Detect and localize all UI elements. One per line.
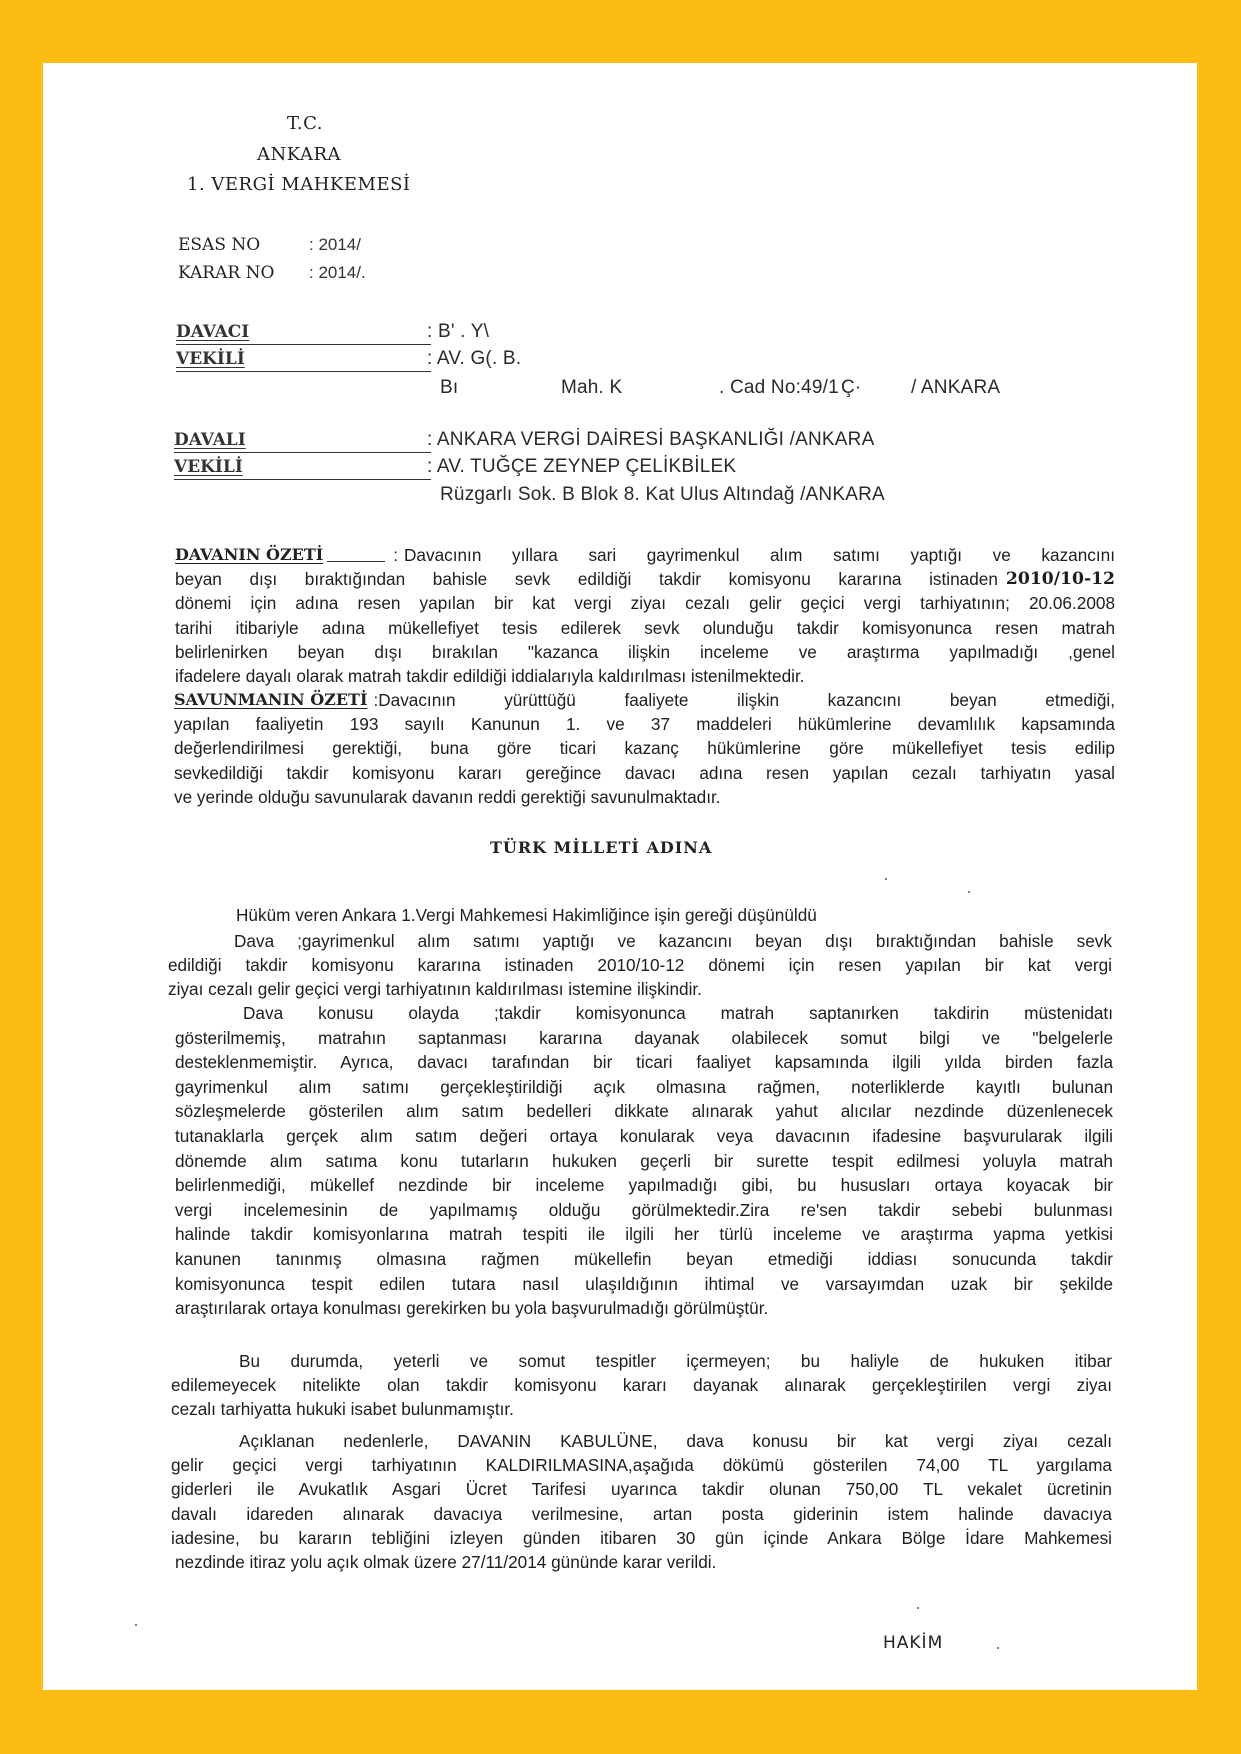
case-summary-line-4: tarihi itibariyle adına mükellefiyet tes… <box>175 616 1115 640</box>
judgment-p2-line-7: dönemde alım satıma konu tutarların huku… <box>175 1149 1113 1174</box>
defendant-name: : ANKARA VERGİ DAİRESİ BAŞKANLIĞI /ANKAR… <box>427 429 874 451</box>
judgment-p2-line-8: belirlenmediği, mükellef nezdinde bir in… <box>175 1173 1113 1198</box>
plaintiff-attorney-rule <box>176 371 431 372</box>
defense-summary-line-1: Davacının yürüttüğü faaliyete ilişkin ka… <box>378 688 1115 712</box>
defense-summary-label: SAVUNMANIN ÖZETİ <box>174 688 367 712</box>
plaintiff-label: DAVACI <box>176 322 249 342</box>
defendant-label: DAVALI <box>174 430 246 450</box>
case-summary-period: 2010/10-12 <box>1006 567 1115 591</box>
judgment-p4-line-6: nezdinde itiraz yolu açık olmak üzere 27… <box>171 1550 1112 1574</box>
karar-no-label: KARAR NO <box>178 263 274 283</box>
header-court: 1. VERGİ MAHKEMESİ <box>187 174 411 195</box>
plaintiff-rule <box>176 344 431 345</box>
judgment-paragraph-2: Dava konusu olayda ;takdir komisyonunca … <box>175 1001 1113 1321</box>
scan-speck <box>917 1607 919 1609</box>
judge-signature-title: HAKİM <box>883 1633 943 1653</box>
scan-speck <box>135 1624 137 1626</box>
header-city: ANKARA <box>257 144 341 165</box>
judgment-paragraph-4: Açıklanan nedenlerle, DAVANIN KABULÜNE, … <box>171 1429 1112 1574</box>
case-summary-colon: : <box>393 543 398 567</box>
plaintiff-attorney: : AV. G(. B. <box>427 348 521 370</box>
judgment-p1-line-2: edildiği takdir komisyonu kararına istin… <box>168 953 1112 977</box>
case-summary: DAVANIN ÖZETİ : Davacının yıllara sari g… <box>175 543 1115 688</box>
case-summary-line-2: beyan dışı bıraktığından bahisle sevk ed… <box>175 567 998 591</box>
judgment-p3-line-3: cezalı tarhiyatta hukuki isabet bulunmam… <box>171 1397 1112 1421</box>
plaintiff-address-part3: . Cad No:49/1 <box>719 377 839 399</box>
defendant-address: Rüzgarlı Sok. B Blok 8. Kat Ulus Altında… <box>440 484 885 506</box>
judgment-p4-line-4: davalı idareden alınarak davacıya verilm… <box>171 1502 1112 1526</box>
header-tc: T.C. <box>287 113 323 134</box>
plaintiff-attorney-label: VEKİLİ <box>176 349 245 369</box>
judgment-intro: Hüküm veren Ankara 1.Vergi Mahkemesi Hak… <box>236 903 817 927</box>
karar-no-value: : 2014/. <box>309 263 366 283</box>
esas-no-label: ESAS NO <box>178 235 260 255</box>
judgment-p3-line-1: Bu durumda, yeterli ve somut tespitler i… <box>171 1349 1112 1373</box>
case-summary-line-5: belirlenirken beyan dışı bırakılan "kaza… <box>175 640 1115 664</box>
judgment-p2-line-12: komisyonunca tespit edilen tutara nasıl … <box>175 1272 1113 1297</box>
plaintiff-address-part1: Bı <box>440 377 458 399</box>
judgment-p3-line-2: edilemeyecek nitelikte olan takdir komis… <box>171 1373 1112 1397</box>
judgment-p1-line-1: Dava ;gayrimenkul alım satımı yaptığı ve… <box>168 929 1112 953</box>
defendant-attorney-label: VEKİLİ <box>174 457 243 477</box>
case-summary-rule <box>327 543 385 562</box>
plaintiff-name: : B' . Y\ <box>427 321 489 343</box>
esas-no-value: : 2014/ <box>309 235 361 255</box>
verdict-title: TÜRK MİLLETİ ADINA <box>490 838 712 857</box>
plaintiff-address-part5: / ANKARA <box>911 377 1000 399</box>
defendant-rule <box>174 452 431 453</box>
defense-summary-line-5: ve yerinde olduğu savunularak davanın re… <box>174 785 1115 809</box>
judgment-p2-line-10: halinde takdir komisyonlarına matrah tes… <box>175 1222 1113 1247</box>
judgment-p2-line-4: gayrimenkul alım satımı gerçekleştirildi… <box>175 1075 1113 1100</box>
scan-speck <box>885 878 887 880</box>
judgment-p2-line-13: araştırılarak ortaya konulması gerekirke… <box>175 1296 1113 1321</box>
judgment-paragraph-3: Bu durumda, yeterli ve somut tespitler i… <box>171 1349 1112 1422</box>
judgment-p2-line-1: Dava konusu olayda ;takdir komisyonunca … <box>175 1001 1113 1026</box>
judgment-p4-line-3: giderleri ile Avukatlık Asgari Ücret Tar… <box>171 1477 1112 1501</box>
judgment-p4-line-5: iadesine, bu kararın tebliğini izleyen g… <box>171 1526 1112 1550</box>
case-summary-line-3: dönemi için adına resen yapılan bir kat … <box>175 591 1115 615</box>
judgment-p2-line-2: gösterilmemiş, matrahın saptanması karar… <box>175 1026 1113 1051</box>
defense-summary-line-2: yapılan faaliyetin 193 sayılı Kanunun 1.… <box>174 712 1115 736</box>
plaintiff-address-part4: Ç· <box>841 377 861 399</box>
scan-speck <box>997 1647 999 1649</box>
judgment-p2-line-9: vergi incelemesinin de yapılmamış olduğu… <box>175 1198 1113 1223</box>
judgment-p2-line-5: sözleşmelerde gösterilen alım satım bede… <box>175 1099 1113 1124</box>
judgment-p2-line-6: tutanaklarla gerçek alım satım değeri or… <box>175 1124 1113 1149</box>
case-summary-label: DAVANIN ÖZETİ <box>175 543 323 567</box>
defendant-attorney: : AV. TUĞÇE ZEYNEP ÇELİKBİLEK <box>427 456 736 478</box>
plaintiff-address-part2: Mah. K <box>561 377 622 399</box>
case-summary-line-1: Davacının yıllara sari gayrimenkul alım … <box>404 543 1115 567</box>
judgment-p2-line-3: desteklenmemiştir. Ayrıca, davacı tarafı… <box>175 1050 1113 1075</box>
judgment-p4-line-1: Açıklanan nedenlerle, DAVANIN KABULÜNE, … <box>171 1429 1112 1453</box>
defense-summary: SAVUNMANIN ÖZETİ : Davacının yürüttüğü f… <box>174 688 1115 809</box>
defense-summary-line-4: sevkedildiği takdir komisyonu kararı ger… <box>174 761 1115 785</box>
defense-summary-line-3: değerlendirilmesi gerektiği, buna göre t… <box>174 736 1115 760</box>
judgment-p4-line-2: gelir geçici vergi tarhiyatının KALDIRIL… <box>171 1453 1112 1477</box>
judgment-paragraph-1: Dava ;gayrimenkul alım satımı yaptığı ve… <box>168 929 1112 1002</box>
judgment-p1-line-3: ziyaı cezalı gelir geçici vergi tarhiyat… <box>168 977 1112 1001</box>
defendant-attorney-rule <box>174 479 431 480</box>
case-summary-line-6: ifadelere dayalı olarak matrah takdir ed… <box>175 664 1115 688</box>
document-page: T.C. ANKARA 1. VERGİ MAHKEMESİ ESAS NO :… <box>43 63 1197 1690</box>
scan-speck <box>968 891 970 893</box>
judgment-p2-line-11: kanunen tanınmış olmasına rağmen mükelle… <box>175 1247 1113 1272</box>
